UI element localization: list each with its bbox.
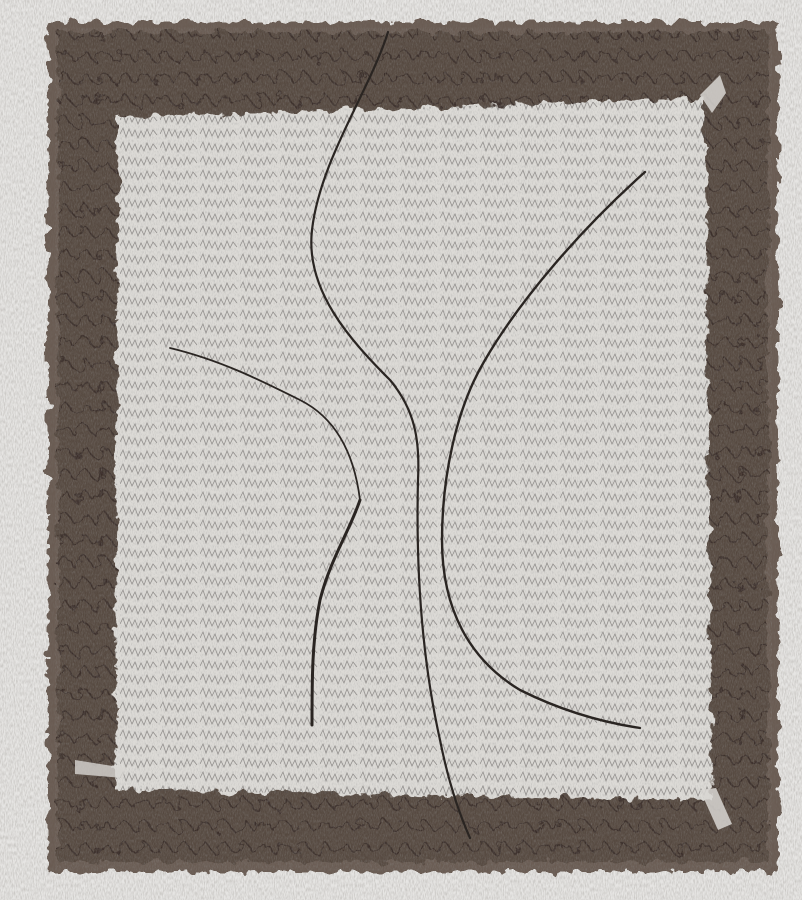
artwork <box>0 0 802 900</box>
